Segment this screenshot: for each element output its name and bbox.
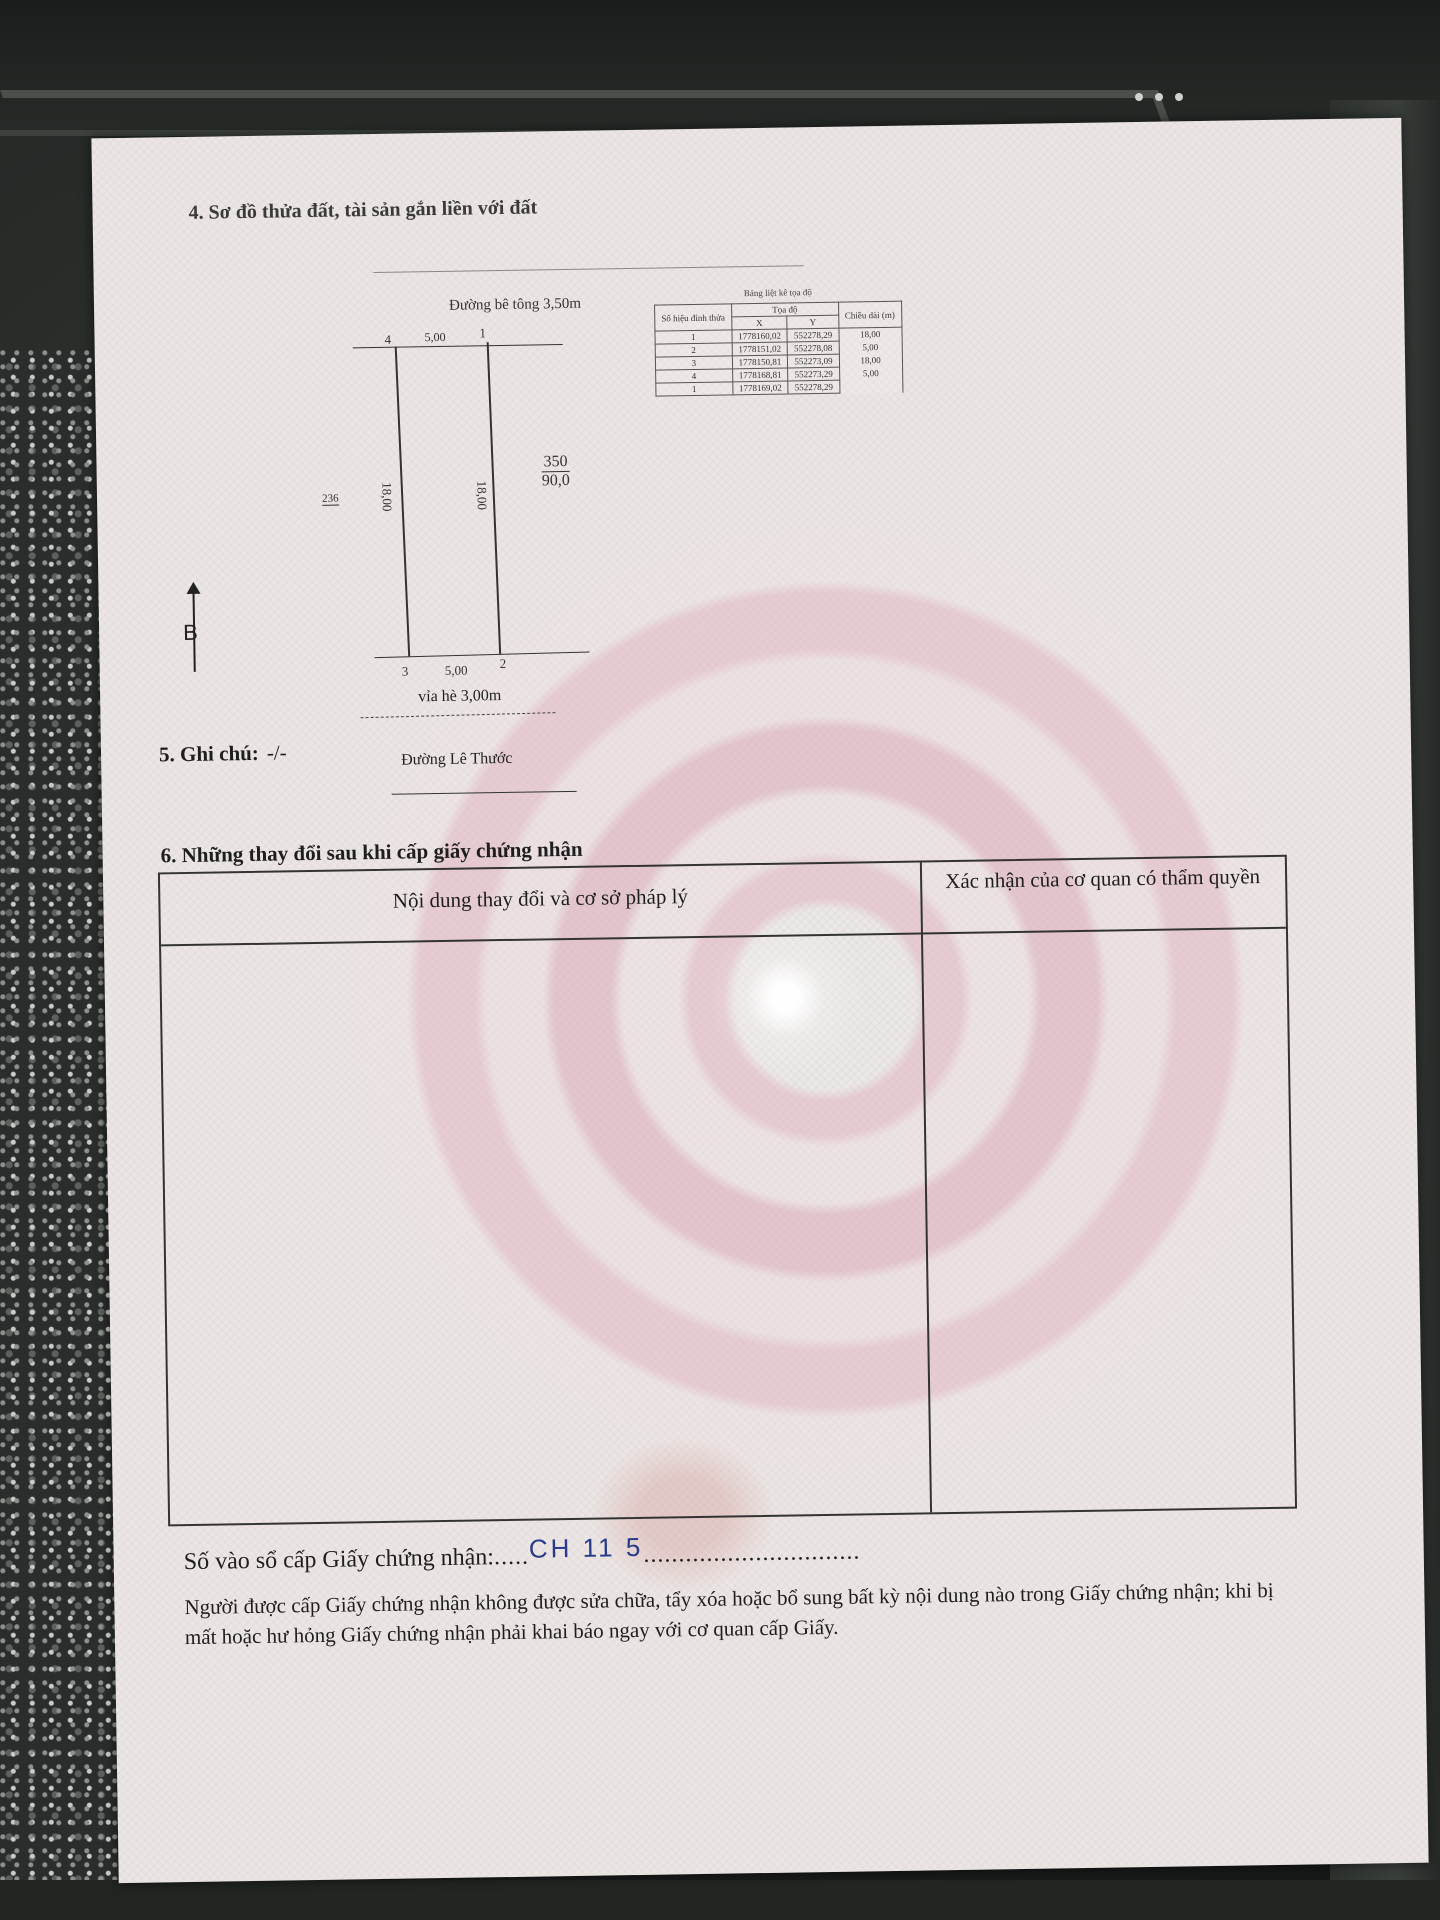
section-4-title: 4. Sơ đồ thửa đất, tài sản gắn liền với …: [188, 196, 537, 224]
header-divider: [161, 927, 1286, 946]
parcel-label: 350 90,0: [541, 453, 570, 490]
section-5-notes: 5. Ghi chú:-/-: [159, 740, 287, 767]
cell-x: 1778151,02: [732, 342, 788, 356]
header-y: Y: [787, 315, 838, 329]
table-row: 1 1778169,02 552278,29: [656, 379, 903, 396]
coordinate-table: Số hiệu đỉnh thửa Tọa độ Chiều dài (m) X…: [654, 301, 903, 397]
north-arrow: B: [180, 582, 211, 672]
divider: [374, 265, 804, 273]
cell-y: 552278,29: [787, 328, 838, 342]
cell-y: 552273,09: [788, 354, 839, 368]
cell-length: 18,00: [839, 327, 902, 341]
cell-vertex: 4: [656, 369, 733, 383]
cell-length-empty: [839, 379, 902, 393]
neighbor-parcel: 236: [322, 493, 339, 506]
cell-y: 552273,29: [788, 367, 839, 381]
cell-x: 1778169,02: [732, 381, 788, 395]
parcel-edge-left: [395, 347, 410, 657]
background-dots: [1135, 88, 1195, 106]
section-5-value: -/-: [267, 740, 287, 764]
registration-label: Số vào sổ cấp Giấy chứng nhận:: [184, 1544, 495, 1575]
section-5-label: 5. Ghi chú:: [159, 741, 259, 767]
cell-vertex: 1: [656, 382, 733, 396]
point-4: 4: [384, 332, 391, 348]
edge-right-length: 18,00: [473, 481, 489, 510]
cell-y: 552278,08: [788, 341, 839, 355]
cell-x: 1778160,02: [732, 329, 788, 343]
parcel-edge-bottom: [375, 652, 590, 659]
point-1: 1: [479, 325, 486, 341]
background-tile-bottom: [0, 1880, 1440, 1920]
cell-x: 1778168,81: [732, 368, 788, 382]
registration-value: CH 11 5: [529, 1532, 644, 1564]
cell-vertex: 2: [655, 343, 732, 357]
certificate-sheet: 4. Sơ đồ thửa đất, tài sản gắn liền với …: [91, 118, 1428, 1883]
notice-text: Người được cấp Giấy chứng nhận không đượ…: [184, 1575, 1285, 1652]
registration-number: Số vào sổ cấp Giấy chứng nhận:.....CH 11…: [183, 1534, 860, 1576]
changes-col-confirmation: Xác nhận của cơ quan có thẩm quyền: [920, 863, 1285, 896]
section-6-title: 6. Những thay đổi sau khi cấp giấy chứng…: [160, 837, 582, 869]
parcel-number: 350: [541, 453, 569, 472]
north-arrow-icon: [186, 582, 200, 594]
cell-x: 1778150,81: [732, 355, 788, 369]
cell-length: 5,00: [839, 340, 902, 354]
changes-table: Nội dung thay đổi và cơ sở pháp lý Xác n…: [158, 855, 1297, 1527]
sidewalk-line: [361, 712, 556, 718]
header-x: X: [731, 316, 787, 330]
road-top-label: Đường bê tông 3,50m: [449, 296, 581, 315]
cell-y: 552278,29: [788, 380, 839, 394]
cell-vertex: 3: [655, 356, 732, 370]
parcel-area: 90,0: [542, 472, 570, 490]
edge-top-length: 5,00: [424, 330, 445, 345]
road-bottom-label: Đường Lê Thước: [401, 750, 513, 770]
sidewalk-label: vỉa hè 3,00m: [418, 687, 501, 706]
changes-col-content: Nội dung thay đổi và cơ sở pháp lý: [160, 880, 920, 917]
header-vertex: Số hiệu đỉnh thửa: [655, 304, 732, 331]
edge-left-length: 18,00: [378, 482, 394, 511]
coordinate-table-title: Bảng liệt kê tọa độ: [744, 287, 812, 298]
point-2: 2: [500, 656, 507, 672]
cell-length: 5,00: [839, 366, 902, 380]
point-3: 3: [402, 663, 409, 679]
north-label: B: [183, 620, 198, 646]
cell-vertex: 1: [655, 330, 732, 344]
header-length: Chiều dài (m): [838, 301, 901, 328]
edge-bottom-length: 5,00: [445, 663, 468, 679]
road-bottom-line: [392, 791, 577, 795]
column-divider: [920, 862, 932, 1512]
cell-length: 18,00: [839, 353, 902, 367]
